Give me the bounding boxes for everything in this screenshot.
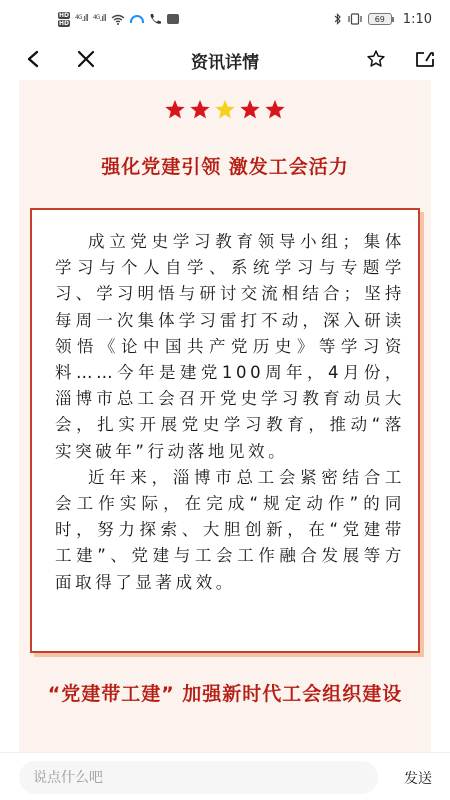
bluetooth-icon bbox=[334, 13, 342, 25]
star-icon bbox=[239, 99, 261, 121]
share-button[interactable] bbox=[405, 38, 445, 80]
battery-icon: 69 bbox=[368, 13, 392, 25]
send-button[interactable]: 发送 bbox=[404, 768, 432, 788]
status-left: HD HD 4G.ıll 4G.ıll bbox=[58, 12, 179, 27]
star-icon bbox=[189, 99, 211, 121]
star-icon bbox=[214, 99, 236, 121]
star-icon bbox=[264, 99, 286, 121]
article-content[interactable]: 强化党建引领 激发工会活力 成立党史学习教育领导小组；集体学习与个人自学、系统学… bbox=[19, 80, 431, 752]
section-headline: 强化党建引领 激发工会活力 bbox=[19, 152, 431, 179]
close-icon bbox=[77, 50, 95, 68]
wifi-icon bbox=[111, 14, 125, 25]
status-right: 69 1:10 bbox=[334, 12, 432, 27]
article-paragraph: 近年来，淄博市总工会紧密结合工会工作实际，在完成“规定动作”的同时，努力探索、大… bbox=[55, 465, 405, 596]
chevron-left-icon bbox=[25, 50, 41, 68]
favorite-button[interactable] bbox=[356, 38, 396, 80]
article-body: 成立党史学习教育领导小组；集体学习与个人自学、系统学习与专题学习、学习明悟与研讨… bbox=[55, 229, 405, 596]
decorative-stars bbox=[19, 99, 431, 121]
article-paragraph: 成立党史学习教育领导小组；集体学习与个人自学、系统学习与专题学习、学习明悟与研讨… bbox=[55, 229, 405, 465]
cellular-signal-icon: 4G.ıll bbox=[93, 14, 106, 24]
star-icon bbox=[164, 99, 186, 121]
clock: 1:10 bbox=[403, 12, 432, 27]
article-text-box: 成立党史学习教育领导小组；集体学习与个人自学、系统学习与专题学习、学习明悟与研讨… bbox=[30, 208, 420, 653]
cloud-app-icon bbox=[130, 15, 144, 23]
share-icon bbox=[415, 50, 435, 68]
hd-icon: HD HD bbox=[58, 12, 70, 27]
section-headline: “党建带工建” 加强新时代工会组织建设 bbox=[19, 678, 431, 710]
close-button[interactable] bbox=[66, 38, 106, 80]
comment-input[interactable] bbox=[19, 761, 378, 794]
vibrate-icon bbox=[347, 13, 363, 25]
status-bar: HD HD 4G.ıll 4G.ıll 69 1:10 bbox=[0, 0, 450, 38]
app-notification-icon bbox=[167, 14, 179, 24]
comment-bar: 发送 bbox=[0, 752, 450, 800]
nav-bar: 资讯详情 bbox=[0, 38, 450, 80]
cellular-signal-icon: 4G.ıll bbox=[75, 14, 88, 24]
back-button[interactable] bbox=[13, 38, 53, 80]
call-icon bbox=[149, 13, 162, 25]
star-outline-icon bbox=[366, 49, 386, 69]
